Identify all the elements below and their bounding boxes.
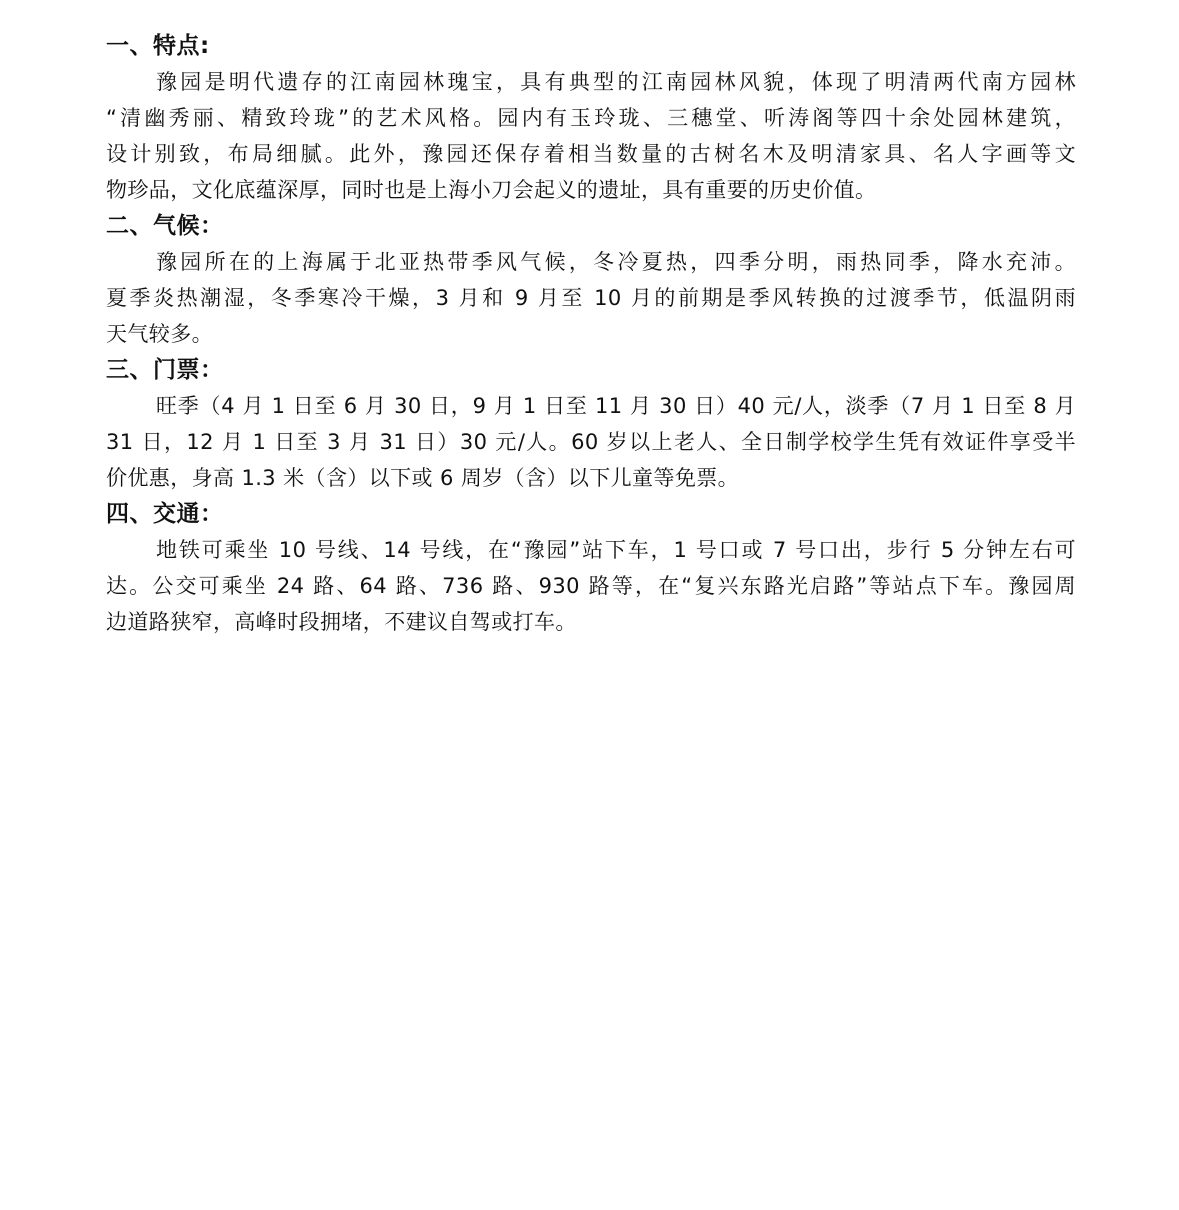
document-body: 一、特点: 豫园是明代遗存的江南园林瑰宝，具有典型的江南园林风貌，体现了明清两代…: [106, 28, 1076, 640]
section-features: 一、特点: 豫园是明代遗存的江南园林瑰宝，具有典型的江南园林风貌，体现了明清两代…: [106, 28, 1076, 208]
paragraph-line: 豫园是明代遗存的江南园林瑰宝，具有典型的江南园林风貌，体现了明清两代南方园林: [106, 64, 1076, 100]
section-heading: 一、特点:: [106, 28, 1076, 64]
paragraph-line: 物珍品，文化底蕴深厚，同时也是上海小刀会起义的遗址，具有重要的历史价值。: [106, 172, 1076, 208]
section-transportation: 四、交通： 地铁可乘坐 10 号线、14 号线，在“豫园”站下车，1 号口或 7…: [106, 496, 1076, 640]
paragraph-line: 31 日，12 月 1 日至 3 月 31 日）30 元/人。60 岁以上老人、…: [106, 424, 1076, 460]
paragraph-line: “清幽秀丽、精致玲珑”的艺术风格。园内有玉玲珑、三穗堂、听涛阁等四十余处园林建筑…: [106, 100, 1076, 136]
section-tickets: 三、门票： 旺季（4 月 1 日至 6 月 30 日，9 月 1 日至 11 月…: [106, 352, 1076, 496]
paragraph-line: 天气较多。: [106, 316, 1076, 352]
paragraph-line: 设计别致，布局细腻。此外，豫园还保存着相当数量的古树名木及明清家具、名人字画等文: [106, 136, 1076, 172]
paragraph-line: 豫园所在的上海属于北亚热带季风气候，冬冷夏热，四季分明，雨热同季，降水充沛。: [106, 244, 1076, 280]
section-heading: 四、交通：: [106, 496, 1076, 532]
section-heading: 三、门票：: [106, 352, 1076, 388]
paragraph-line: 夏季炎热潮湿，冬季寒冷干燥，3 月和 9 月至 10 月的前期是季风转换的过渡季…: [106, 280, 1076, 316]
section-climate: 二、气候： 豫园所在的上海属于北亚热带季风气候，冬冷夏热，四季分明，雨热同季，降…: [106, 208, 1076, 352]
paragraph-line: 旺季（4 月 1 日至 6 月 30 日，9 月 1 日至 11 月 30 日）…: [106, 388, 1076, 424]
section-heading: 二、气候：: [106, 208, 1076, 244]
paragraph-line: 价优惠，身高 1.3 米（含）以下或 6 周岁（含）以下儿童等免票。: [106, 460, 1076, 496]
paragraph-line: 达。公交可乘坐 24 路、64 路、736 路、930 路等，在“复兴东路光启路…: [106, 568, 1076, 604]
paragraph-line: 地铁可乘坐 10 号线、14 号线，在“豫园”站下车，1 号口或 7 号口出，步…: [106, 532, 1076, 568]
paragraph-line: 边道路狭窄，高峰时段拥堵，不建议自驾或打车。: [106, 604, 1076, 640]
